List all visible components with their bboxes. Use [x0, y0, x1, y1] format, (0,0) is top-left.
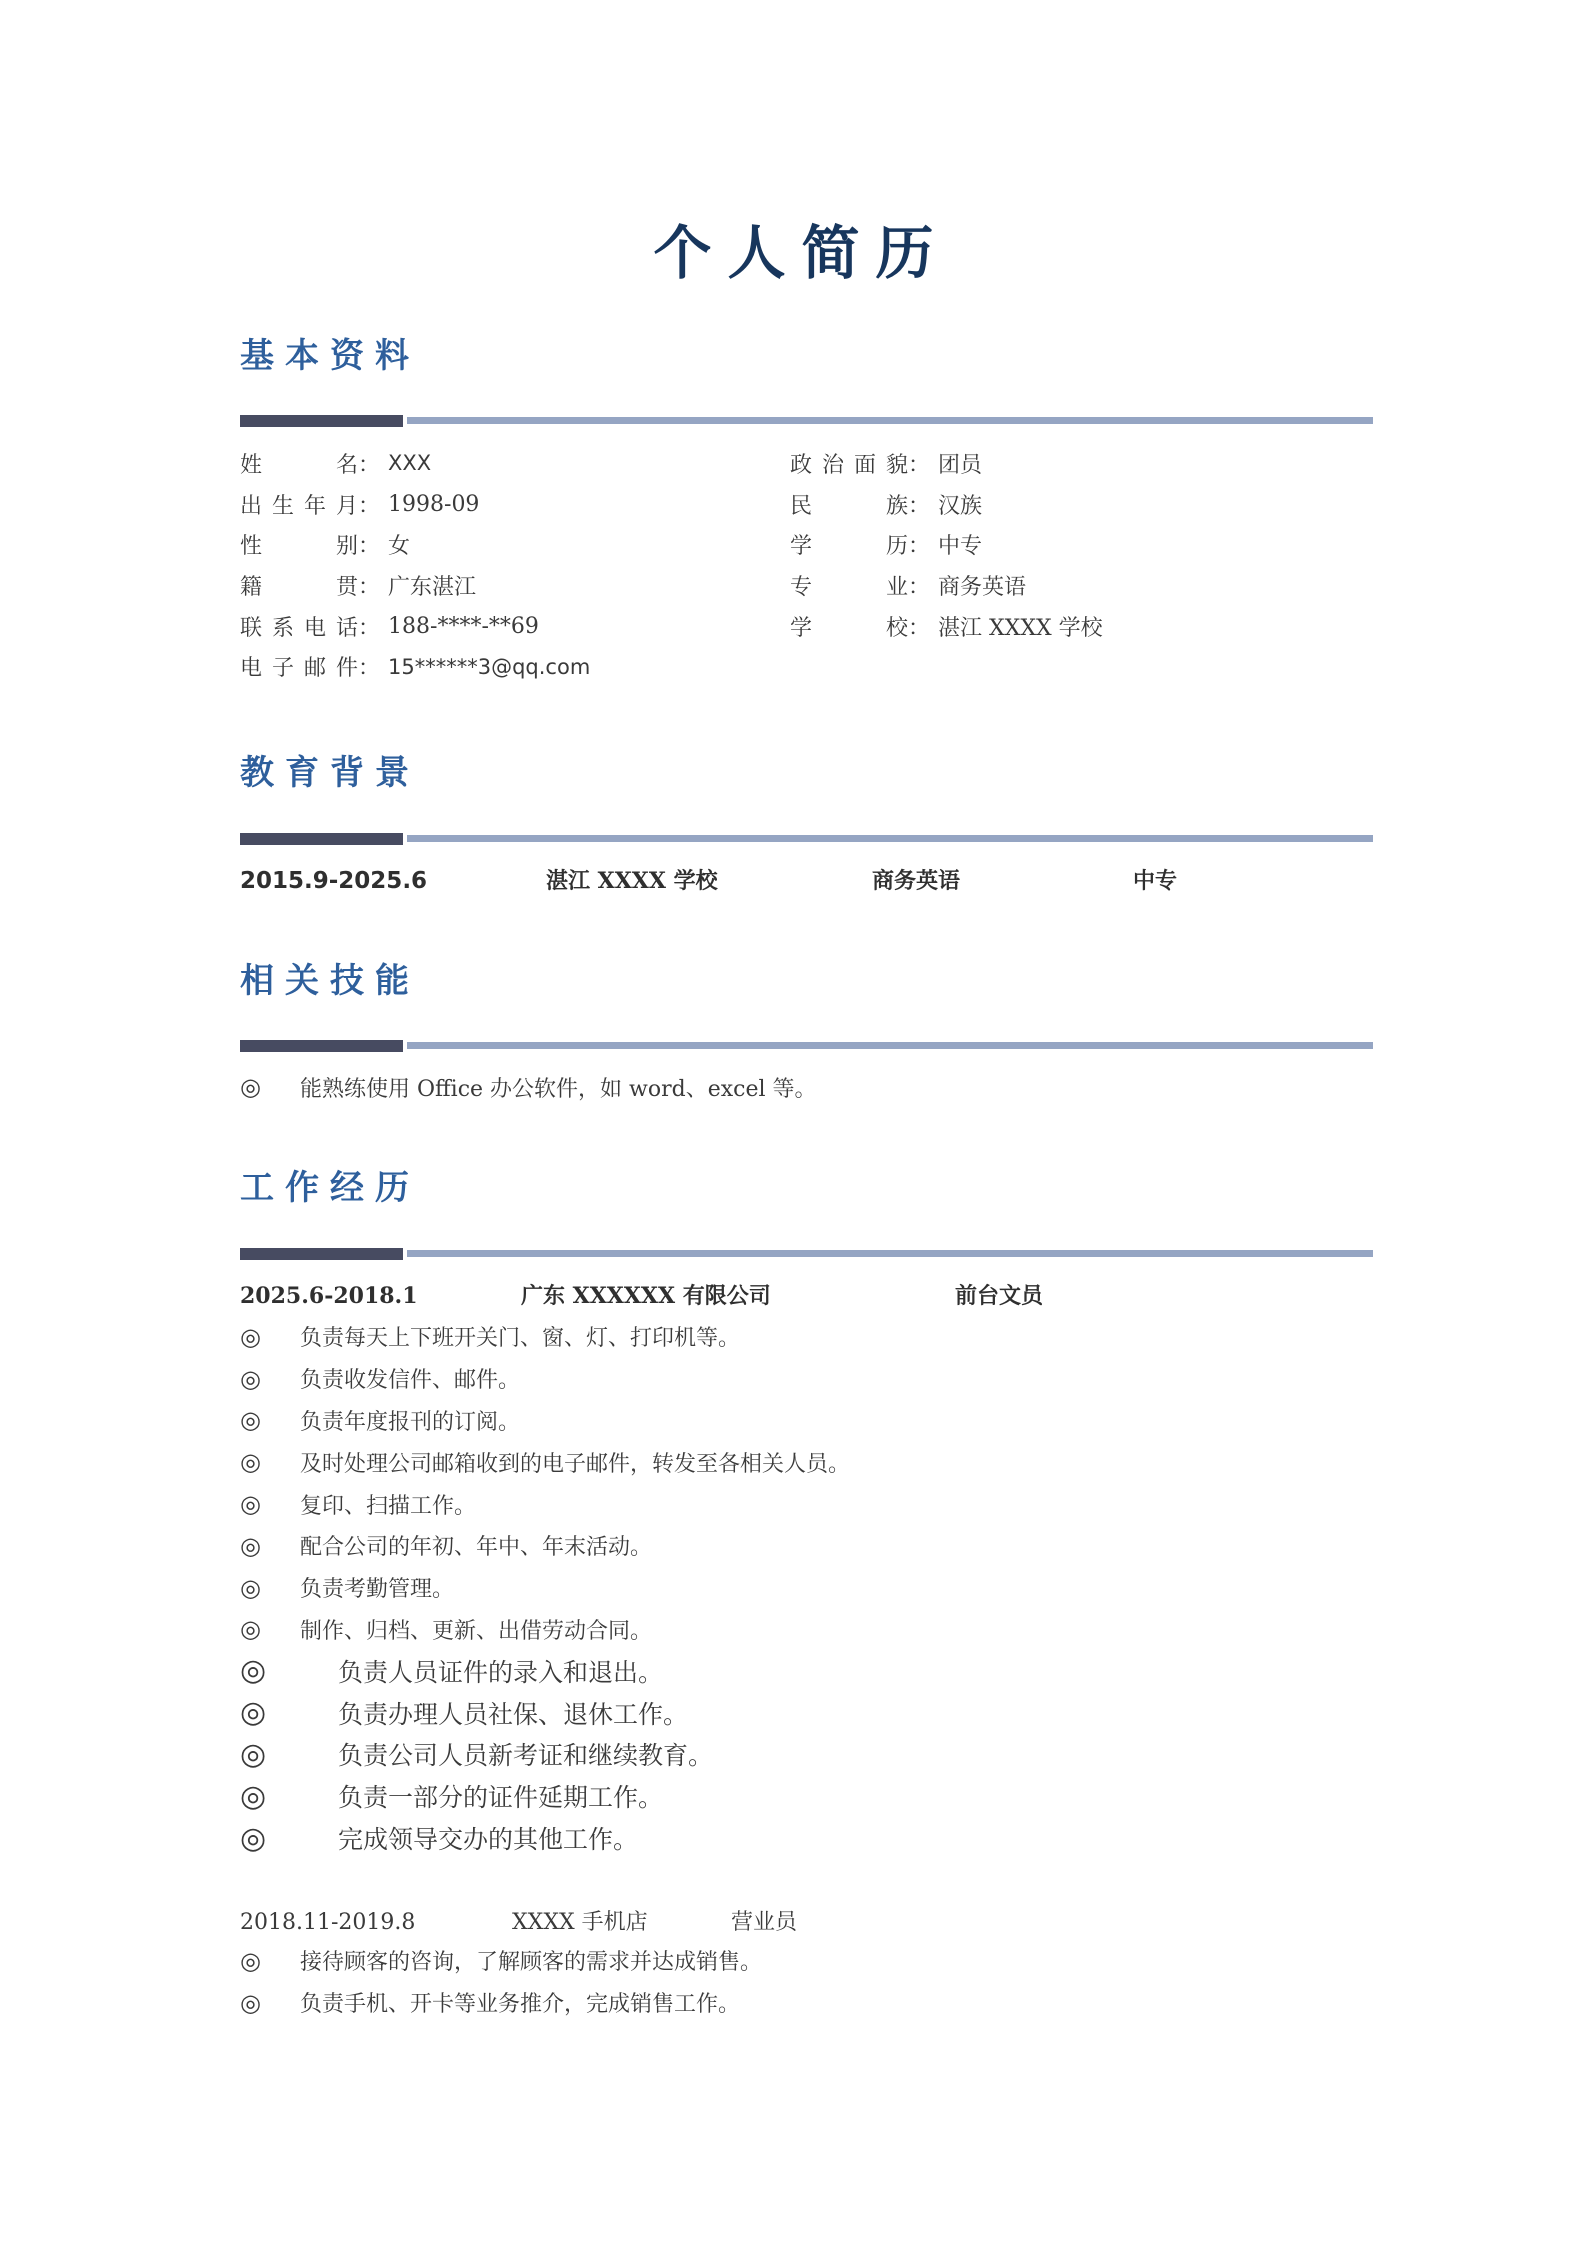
section-heading-skills: 相关技能 [240, 961, 420, 1001]
section-divider [240, 1248, 1373, 1260]
divider-dark-segment [240, 833, 403, 845]
field-colon: ： [908, 448, 930, 479]
info-row-school: 学校：湛江 XXXX 学校 [790, 606, 1103, 647]
field-label: 学历 [790, 529, 908, 560]
job-company: 广东 XXXXXX 有限公司 [521, 1281, 771, 1311]
duty-text: 接待顾客的咨询，了解顾客的需求并达成销售。 [300, 1945, 762, 1976]
bullseye-bullet-icon: ◎ [240, 1737, 338, 1772]
duty-item: ◎完成领导交办的其他工作。 [240, 1817, 713, 1859]
resume-page: 个人简历 基本资料 姓名：XXX 出生年月：1998-09 性别：女 籍贯：广东… [0, 0, 1587, 2245]
duty-item: ◎负责办理人员社保、退休工作。 [240, 1692, 713, 1734]
field-colon: ： [908, 611, 930, 642]
field-value: 湛江 XXXX 学校 [938, 611, 1103, 642]
duty-text: 负责考勤管理。 [300, 1572, 454, 1603]
duty-text: 配合公司的年初、年中、年末活动。 [300, 1530, 652, 1561]
job1-duties-emphasis-list: ◎负责人员证件的录入和退出。 ◎负责办理人员社保、退休工作。 ◎负责公司人员新考… [240, 1650, 713, 1859]
duty-item: ◎负责年度报刊的订阅。 [240, 1400, 850, 1442]
job-period: 2025.6-2018.1 [240, 1281, 418, 1311]
bullseye-bullet-icon: ◎ [240, 1073, 300, 1101]
duty-item: ◎及时处理公司邮箱收到的电子邮件，转发至各相关人员。 [240, 1441, 850, 1483]
info-row-phone: 联系电话：188-****-**69 [240, 606, 590, 647]
field-label: 专业 [790, 570, 908, 601]
job-company: XXXX 手机店 [512, 1908, 648, 1938]
bullseye-bullet-icon: ◎ [240, 1947, 300, 1975]
field-value: 团员 [938, 448, 982, 479]
bullseye-bullet-icon: ◎ [240, 1532, 300, 1560]
field-colon: ： [358, 529, 380, 560]
duty-item: ◎负责一部分的证件延期工作。 [240, 1775, 713, 1817]
bullseye-bullet-icon: ◎ [240, 1695, 338, 1730]
field-value: 188-****-**69 [388, 614, 539, 639]
bullseye-bullet-icon: ◎ [240, 1365, 300, 1393]
field-label: 出生年月 [240, 489, 358, 520]
section-heading-work: 工作经历 [240, 1168, 420, 1208]
basic-info-left-column: 姓名：XXX 出生年月：1998-09 性别：女 籍贯：广东湛江 联系电话：18… [240, 443, 590, 687]
bullseye-bullet-icon: ◎ [240, 1989, 300, 2017]
section-divider [240, 1040, 1373, 1052]
job-position: 前台文员 [955, 1281, 1043, 1311]
duty-text: 完成领导交办的其他工作。 [338, 1820, 638, 1856]
duty-text: 负责办理人员社保、退休工作。 [338, 1695, 688, 1731]
section-heading-education: 教育背景 [240, 753, 420, 793]
bullseye-bullet-icon: ◎ [240, 1490, 300, 1518]
field-label: 政治面貌 [790, 448, 908, 479]
duty-item: ◎负责人员证件的录入和退出。 [240, 1650, 713, 1692]
field-colon: ： [358, 611, 380, 642]
duty-text: 负责公司人员新考证和继续教育。 [338, 1736, 713, 1772]
duty-text: 负责手机、开卡等业务推介，完成销售工作。 [300, 1987, 740, 2018]
field-label: 电子邮件 [240, 651, 358, 682]
field-value: 商务英语 [938, 570, 1026, 601]
field-label: 籍贯 [240, 570, 358, 601]
page-title: 个人简历 [0, 213, 1587, 293]
field-label: 联系电话 [240, 611, 358, 642]
duty-text: 负责年度报刊的订阅。 [300, 1405, 520, 1436]
field-colon: ： [358, 489, 380, 520]
bullseye-bullet-icon: ◎ [240, 1323, 300, 1351]
info-row-gender: 性别：女 [240, 524, 590, 565]
job-position: 营业员 [731, 1908, 797, 1938]
job-period: 2018.11-2019.8 [240, 1908, 415, 1938]
duty-item: ◎负责每天上下班开关门、窗、灯、打印机等。 [240, 1316, 850, 1358]
job2-header-row: 2018.11-2019.8 XXXX 手机店 营业员 [240, 1908, 1440, 1938]
divider-dark-segment [240, 1248, 403, 1260]
bullseye-bullet-icon: ◎ [240, 1779, 338, 1814]
duty-item: ◎接待顾客的咨询，了解顾客的需求并达成销售。 [240, 1940, 762, 1982]
duty-text: 负责人员证件的录入和退出。 [338, 1653, 663, 1689]
field-label: 姓名 [240, 448, 358, 479]
info-row-degree: 学历：中专 [790, 524, 1103, 565]
field-colon: ： [908, 570, 930, 601]
education-row: 2015.9-2025.6 湛江 XXXX 学校 商务英语 中专 [240, 866, 1440, 896]
field-value: 中专 [938, 529, 982, 560]
field-label: 民族 [790, 489, 908, 520]
section-divider [240, 415, 1373, 427]
field-label: 性别 [240, 529, 358, 560]
bullseye-bullet-icon: ◎ [240, 1574, 300, 1602]
divider-dark-segment [240, 415, 403, 427]
duty-item: ◎负责考勤管理。 [240, 1567, 850, 1609]
divider-light-segment [407, 835, 1373, 842]
divider-light-segment [407, 417, 1373, 424]
duty-item: ◎负责手机、开卡等业务推介，完成销售工作。 [240, 1982, 762, 2024]
skills-list: ◎能熟练使用 Office 办公软件，如 word、excel 等。 [240, 1068, 817, 1106]
duty-text: 复印、扫描工作。 [300, 1489, 476, 1520]
duty-text: 负责每天上下班开关门、窗、灯、打印机等。 [300, 1321, 740, 1352]
education-school: 湛江 XXXX 学校 [546, 866, 718, 896]
basic-info-right-column: 政治面貌：团员 民族：汉族 学历：中专 专业：商务英语 学校：湛江 XXXX 学… [790, 443, 1103, 646]
divider-dark-segment [240, 1040, 403, 1052]
field-colon: ： [358, 651, 380, 682]
bullseye-bullet-icon: ◎ [240, 1406, 300, 1434]
info-row-name: 姓名：XXX [240, 443, 590, 484]
field-colon: ： [358, 570, 380, 601]
section-divider [240, 833, 1373, 845]
bullseye-bullet-icon: ◎ [240, 1615, 300, 1643]
bullseye-bullet-icon: ◎ [240, 1821, 338, 1856]
job2-duties-list: ◎接待顾客的咨询，了解顾客的需求并达成销售。 ◎负责手机、开卡等业务推介，完成销… [240, 1940, 762, 2024]
field-colon: ： [358, 448, 380, 479]
duty-item: ◎负责收发信件、邮件。 [240, 1358, 850, 1400]
info-row-major: 专业：商务英语 [790, 565, 1103, 606]
duty-text: 负责一部分的证件延期工作。 [338, 1778, 663, 1814]
field-colon: ： [908, 489, 930, 520]
education-degree: 中专 [1133, 866, 1177, 896]
duty-item: ◎制作、归档、更新、出借劳动合同。 [240, 1609, 850, 1651]
field-value: 1998-09 [388, 492, 479, 517]
duty-text: 及时处理公司邮箱收到的电子邮件，转发至各相关人员。 [300, 1447, 850, 1478]
field-value: 汉族 [938, 489, 982, 520]
education-period: 2015.9-2025.6 [240, 866, 427, 896]
duty-text: 负责收发信件、邮件。 [300, 1363, 520, 1394]
job1-duties-list: ◎负责每天上下班开关门、窗、灯、打印机等。 ◎负责收发信件、邮件。 ◎负责年度报… [240, 1316, 850, 1650]
info-row-political-status: 政治面貌：团员 [790, 443, 1103, 484]
duty-item: ◎复印、扫描工作。 [240, 1483, 850, 1525]
field-value: 15******3@qq.com [388, 655, 590, 679]
bullseye-bullet-icon: ◎ [240, 1653, 338, 1688]
skill-text: 能熟练使用 Office 办公软件，如 word、excel 等。 [300, 1072, 817, 1103]
field-value: XXX [388, 451, 431, 475]
info-row-birth: 出生年月：1998-09 [240, 484, 590, 525]
divider-light-segment [407, 1250, 1373, 1257]
field-colon: ： [908, 529, 930, 560]
duty-item: ◎负责公司人员新考证和继续教育。 [240, 1734, 713, 1776]
field-label: 学校 [790, 611, 908, 642]
bullseye-bullet-icon: ◎ [240, 1448, 300, 1476]
skill-item: ◎能熟练使用 Office 办公软件，如 word、excel 等。 [240, 1068, 817, 1106]
duty-text: 制作、归档、更新、出借劳动合同。 [300, 1614, 652, 1645]
education-major: 商务英语 [872, 866, 960, 896]
info-row-hometown: 籍贯：广东湛江 [240, 565, 590, 606]
job1-header-row: 2025.6-2018.1 广东 XXXXXX 有限公司 前台文员 [240, 1281, 1440, 1311]
info-row-ethnicity: 民族：汉族 [790, 484, 1103, 525]
info-row-email: 电子邮件：15******3@qq.com [240, 646, 590, 687]
section-heading-basic-info: 基本资料 [240, 336, 420, 376]
divider-light-segment [407, 1042, 1373, 1049]
field-value: 女 [388, 529, 410, 560]
field-value: 广东湛江 [388, 570, 476, 601]
duty-item: ◎配合公司的年初、年中、年末活动。 [240, 1525, 850, 1567]
